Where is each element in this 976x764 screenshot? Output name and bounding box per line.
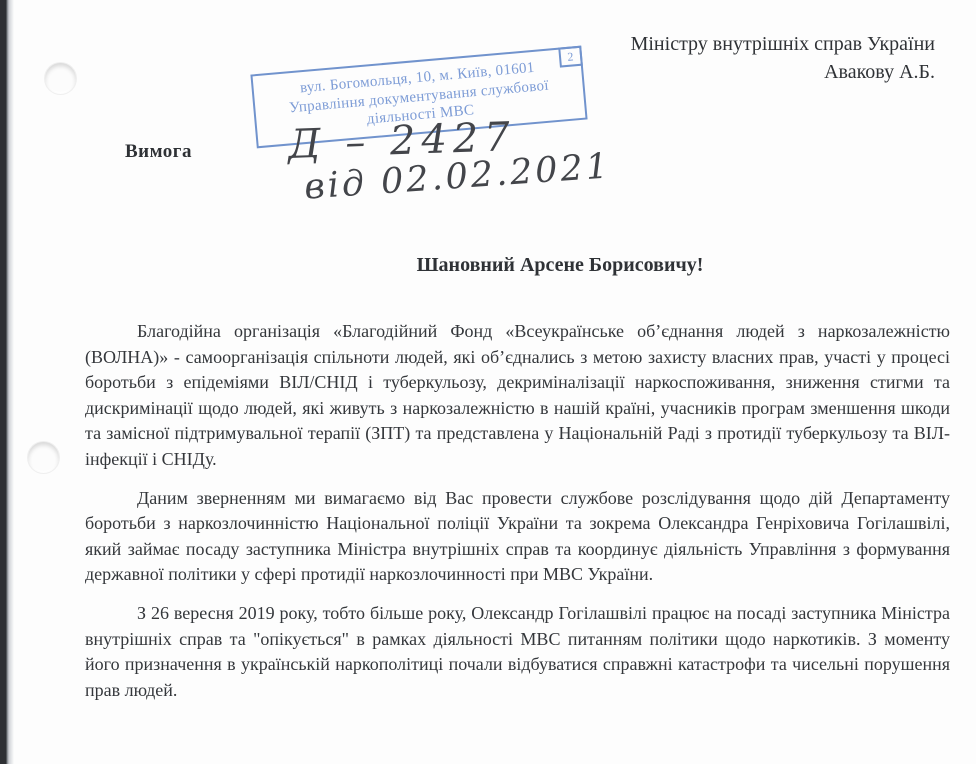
letter-body: Благодійна організація «Благодійний Фонд… <box>85 319 950 716</box>
salutation: Шановний Арсене Борисовичу! <box>130 254 976 277</box>
recipient-block: Міністру внутрішніх справ України Аваков… <box>631 30 935 86</box>
scan-left-edge <box>0 0 14 764</box>
punch-hole-bottom <box>27 441 60 474</box>
stamp-copy-number: 2 <box>558 46 583 68</box>
recipient-title: Міністру внутрішніх справ України <box>631 30 935 58</box>
paragraph-3: З 26 вересня 2019 року, тобто більше рок… <box>85 601 950 703</box>
punch-hole-top <box>44 62 77 95</box>
document-type-label: Вимога <box>125 141 192 163</box>
paragraph-2: Даним зверненням ми вимагаємо від Вас пр… <box>85 486 950 588</box>
paragraph-1: Благодійна організація «Благодійний Фонд… <box>85 319 950 473</box>
scanned-letter-page: Міністру внутрішніх справ України Аваков… <box>0 0 976 764</box>
recipient-name: Авакову А.Б. <box>631 58 935 86</box>
